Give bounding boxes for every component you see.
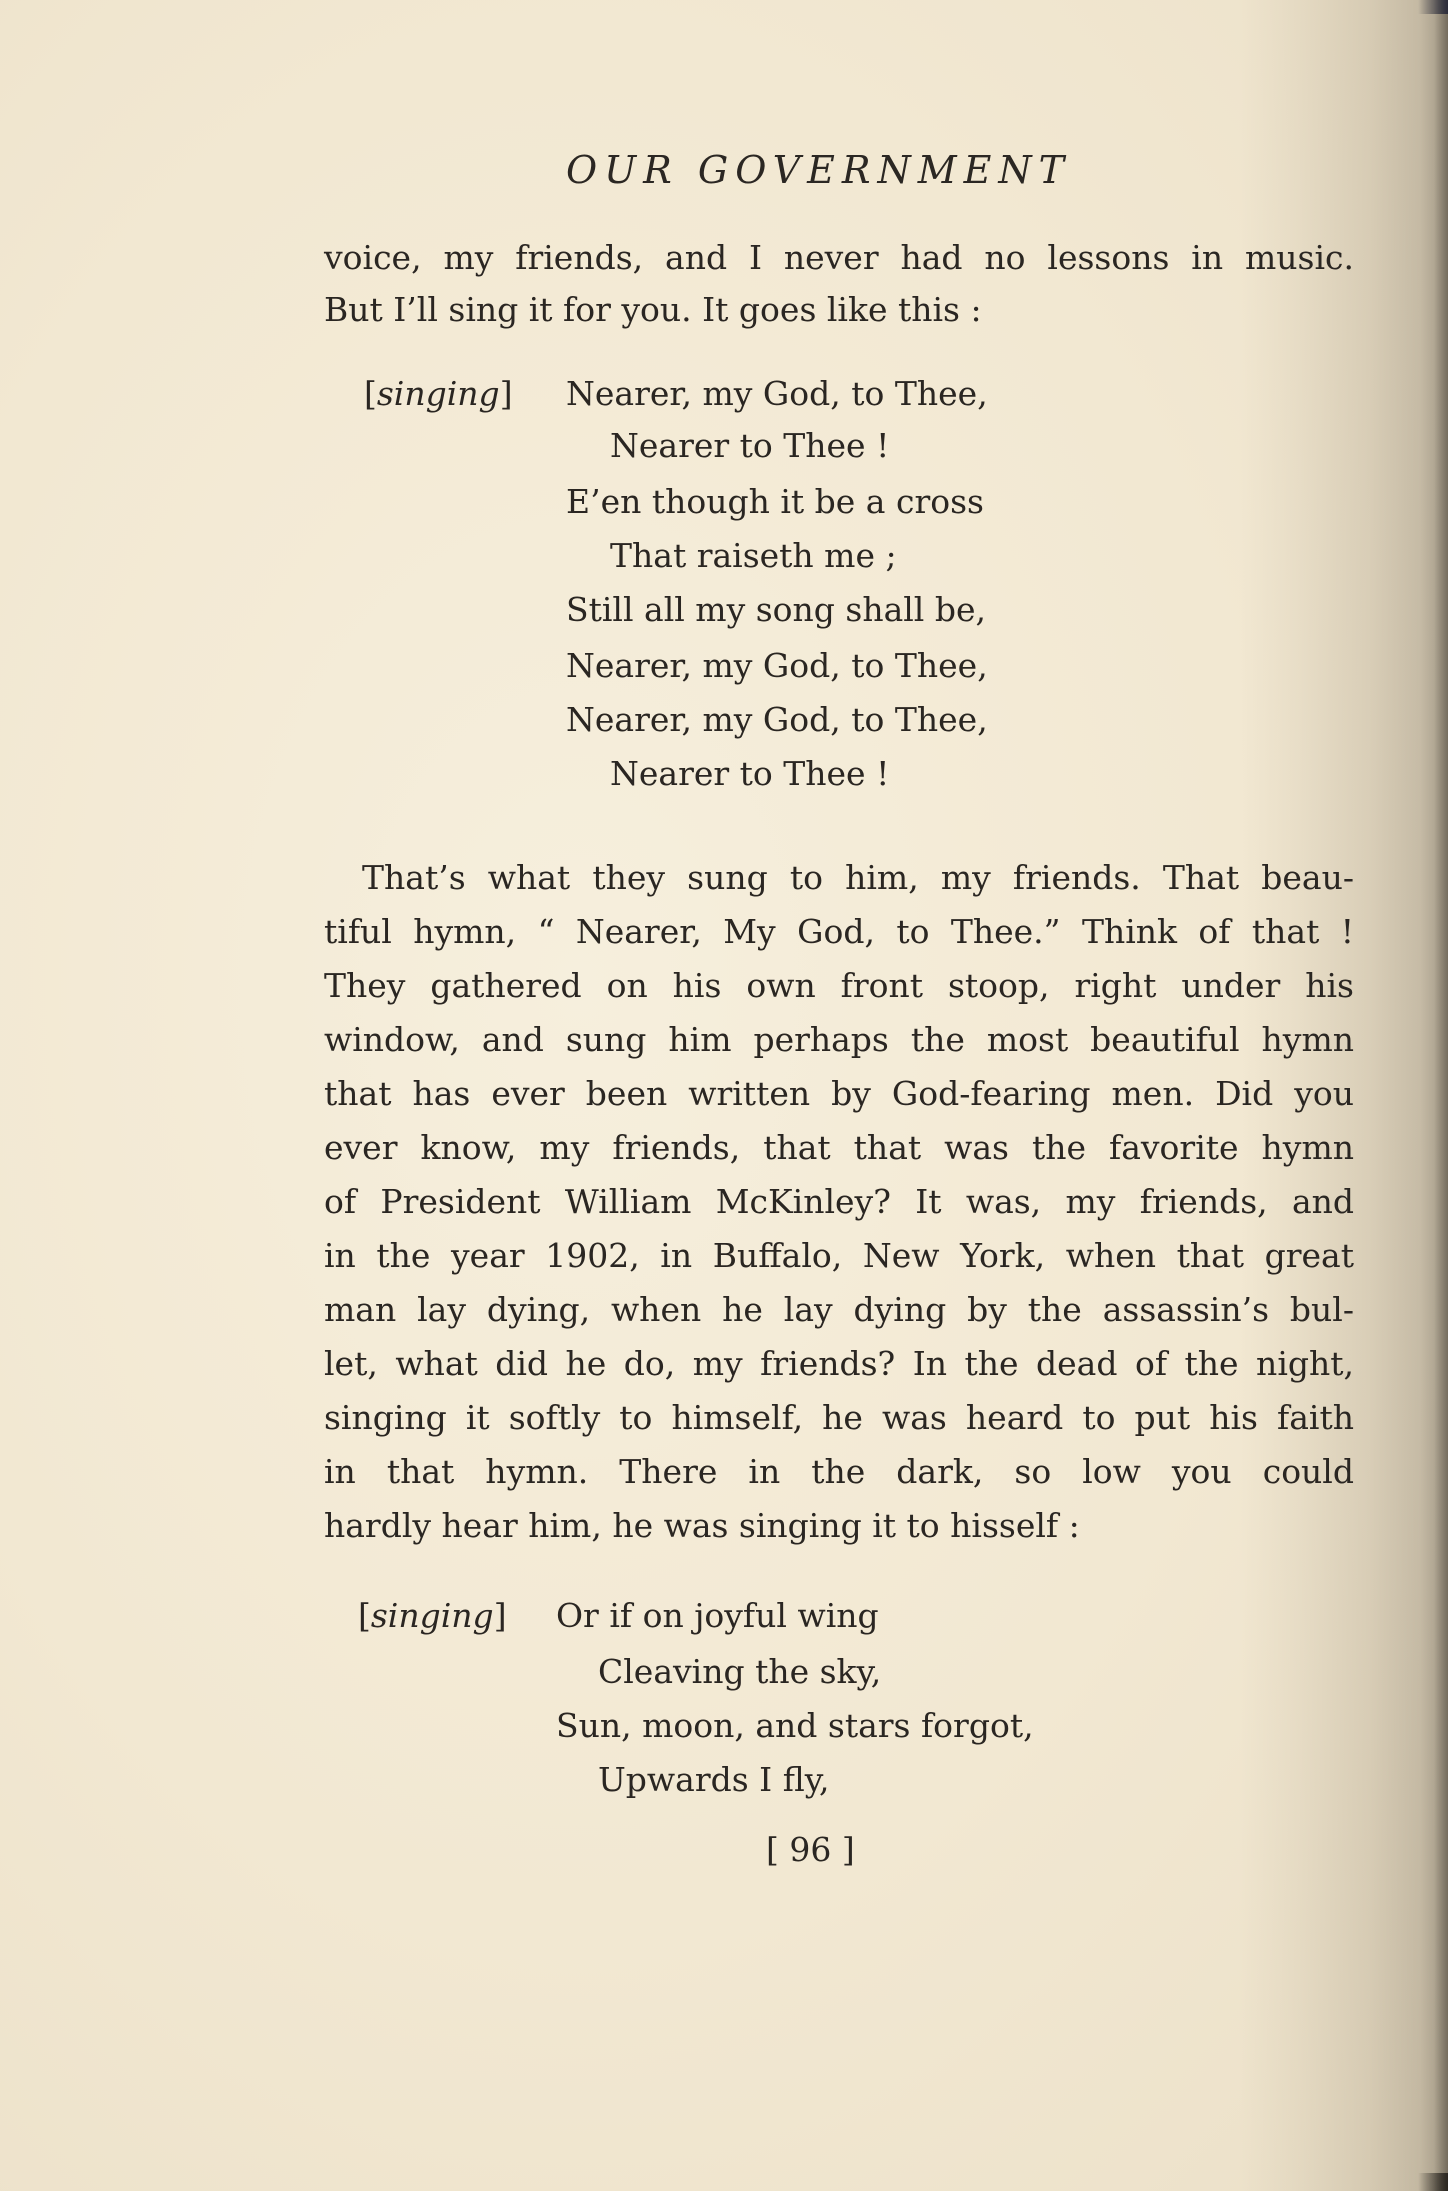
verse-2-line-2: Cleaving the sky, — [598, 1652, 881, 1692]
paragraph-1-line-1: voice, my friends, and I never had no le… — [324, 238, 1354, 278]
paragraph-2-line-10: let, what did he do, my friends? In the … — [324, 1344, 1354, 1384]
paragraph-2-line-2: tiful hymn, “ Nearer, My God, to Thee.” … — [324, 912, 1354, 952]
verse-1-line-7: Nearer, my God, to Thee, — [566, 700, 988, 740]
paragraph-2-line-3: They gathered on his own front stoop, ri… — [324, 966, 1354, 1006]
verse-1-line-1: Nearer, my God, to Thee, — [566, 374, 988, 414]
scan-corner-bottom — [1418, 2173, 1448, 2191]
stage-direction-1: [singing] — [364, 374, 513, 414]
running-head: OUR GOVERNMENT — [566, 148, 1071, 192]
verse-2-line-4: Upwards I fly, — [598, 1760, 829, 1800]
open-bracket: [ — [364, 374, 377, 413]
paragraph-2-line-9: man lay dying, when he lay dying by the … — [324, 1290, 1354, 1330]
paragraph-2-line-5: that has ever been written by God-fearin… — [324, 1074, 1354, 1114]
paragraph-2-line-13: hardly hear him, he was singing it to hi… — [324, 1506, 1354, 1546]
scan-corner-top — [1418, 0, 1448, 14]
open-bracket: [ — [358, 1596, 371, 1635]
page-edge-shadow — [1434, 0, 1448, 2191]
verse-1-line-4: That raiseth me ; — [610, 536, 897, 576]
verse-2-line-3: Sun, moon, and stars forgot, — [556, 1706, 1034, 1746]
verse-1-line-6: Nearer, my God, to Thee, — [566, 646, 988, 686]
verse-1-line-8: Nearer to Thee ! — [610, 754, 889, 794]
close-bracket: ] — [500, 374, 513, 413]
verse-1-line-3: E’en though it be a cross — [566, 482, 984, 522]
book-page: OUR GOVERNMENT voice, my friends, and I … — [0, 0, 1448, 2191]
stage-direction-text: singing — [371, 1596, 494, 1635]
paragraph-1-line-2: But I’ll sing it for you. It goes like t… — [324, 290, 1354, 330]
paragraph-2-line-1: That’s what they sung to him, my friends… — [362, 858, 1354, 898]
stage-direction-2: [singing] — [358, 1596, 507, 1636]
paragraph-2-line-12: in that hymn. There in the dark, so low … — [324, 1452, 1354, 1492]
paragraph-2-line-4: window, and sung him perhaps the most be… — [324, 1020, 1354, 1060]
close-bracket: ] — [494, 1596, 507, 1635]
verse-2-line-1: Or if on joyful wing — [556, 1596, 879, 1636]
paragraph-2-line-8: in the year 1902, in Buffalo, New York, … — [324, 1236, 1354, 1276]
paragraph-2-line-6: ever know, my friends, that that was the… — [324, 1128, 1354, 1168]
paragraph-2-line-11: singing it softly to himself, he was hea… — [324, 1398, 1354, 1438]
verse-1-line-5: Still all my song shall be, — [566, 590, 986, 630]
verse-1-line-2: Nearer to Thee ! — [610, 426, 889, 466]
stage-direction-text: singing — [377, 374, 500, 413]
page-number: [ 96 ] — [766, 1830, 855, 1870]
paragraph-2-line-7: of President William McKinley? It was, m… — [324, 1182, 1354, 1222]
